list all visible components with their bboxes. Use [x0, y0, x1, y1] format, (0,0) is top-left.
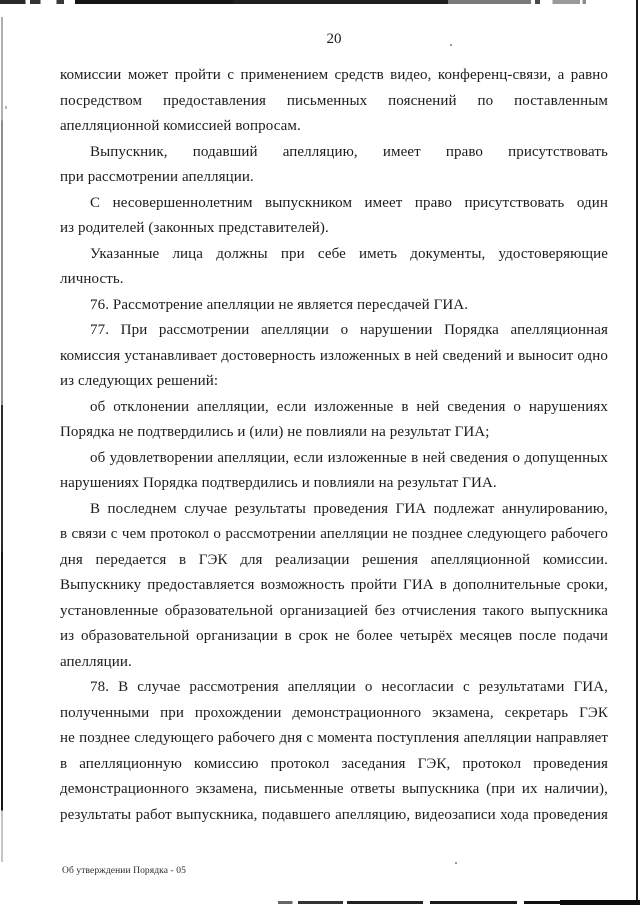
scan-artifact-bottom-edge-thick [560, 900, 640, 905]
text-line: из образовательной организации в срок не… [60, 624, 608, 650]
text-line: С несовершеннолетним выпускником имеет п… [60, 191, 608, 217]
text-line: 77. При рассмотрении апелляции о нарушен… [60, 318, 608, 344]
scan-artifact-right-edge [636, 0, 638, 905]
document-page: 20 комиссии может пройти с применением с… [0, 0, 640, 905]
page-number: 20 [60, 30, 608, 48]
text-line: Выпускник, подавший апелляцию, имеет пра… [60, 140, 608, 166]
text-line: не позднее следующего рабочего дня с мом… [60, 726, 608, 752]
text-line: посредством предоставления письменных по… [60, 89, 608, 115]
text-line: Порядка не подтвердились и (или) не повл… [60, 420, 608, 446]
text-line: из родителей (законных представителей). [60, 216, 608, 242]
text-line: личность. [60, 267, 608, 293]
text-line: апелляции. [60, 650, 608, 676]
footer-note: Об утверждении Порядка - 05 [62, 866, 186, 876]
text-line: установленные образовательной организаци… [60, 599, 608, 625]
text-line: из следующих решений: [60, 369, 608, 395]
text-line: 76. Рассмотрение апелляции не является п… [60, 293, 608, 319]
scan-artifact-left-edge [1, 0, 3, 862]
scan-speck [5, 106, 7, 109]
text-line: демонстрационного экзамена, письменные о… [60, 777, 608, 803]
text-line: дня передается в ГЭК для реализации реше… [60, 548, 608, 574]
text-line: полученными при прохождении демонстрацио… [60, 701, 608, 727]
text-line: об удовлетворении апелляции, если изложе… [60, 446, 608, 472]
text-line: комиссии может пройти с применением сред… [60, 63, 608, 89]
text-line: в апелляционную комиссию протокол заседа… [60, 752, 608, 778]
text-line: 78. В случае рассмотрения апелляции о не… [60, 675, 608, 701]
scan-speck [455, 862, 457, 864]
scan-artifact-top-edge [0, 0, 640, 4]
text-line: апелляционной комиссией вопросам. [60, 114, 608, 140]
text-line: результаты работ выпускника, подавшего а… [60, 803, 608, 829]
text-line: комиссия устанавливает достоверность изл… [60, 344, 608, 370]
text-line: Выпускнику предоставляется возможность п… [60, 573, 608, 599]
text-line: нарушениях Порядка подтвердились и повли… [60, 471, 608, 497]
text-line: при рассмотрении апелляции. [60, 165, 608, 191]
document-body: комиссии может пройти с применением сред… [60, 63, 608, 828]
text-line: Указанные лица должны при себе иметь док… [60, 242, 608, 268]
text-line: в связи с чем протокол о рассмотрении ап… [60, 522, 608, 548]
text-line: об отклонении апелляции, если изложенные… [60, 395, 608, 421]
text-line: В последнем случае результаты проведения… [60, 497, 608, 523]
